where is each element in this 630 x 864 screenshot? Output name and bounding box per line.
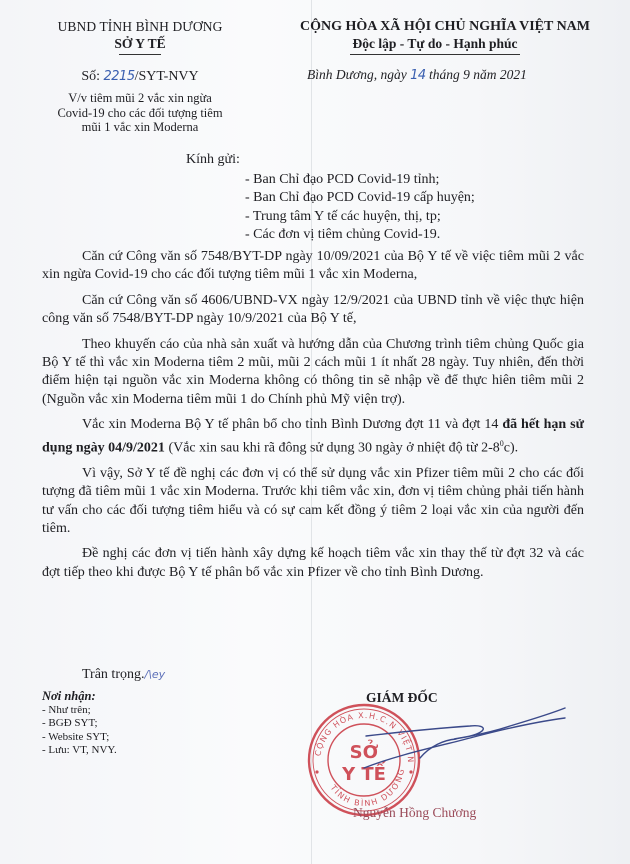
- date-day-handwritten: 14: [410, 68, 426, 83]
- recipients-label: Kính gửi:: [186, 152, 240, 168]
- recipient-item: - Trung tâm Y tế các huyện, thị, tp;: [245, 208, 475, 226]
- subject-line: mũi 1 vắc xin Moderna: [40, 120, 240, 135]
- body-paragraph-4: Vắc xin Moderna Bộ Y tế phân bổ cho tỉnh…: [42, 416, 584, 457]
- recipient-item: - Ban Chỉ đạo PCD Covid-19 tỉnh;: [245, 171, 475, 189]
- p4-text-start: Vắc xin Moderna Bộ Y tế phân bổ cho tỉnh…: [82, 417, 502, 432]
- body-paragraph-6: Đề nghị các đơn vị tiến hành xây dựng kế…: [42, 545, 584, 582]
- distribution-item: - Lưu: VT, NVY.: [42, 744, 117, 757]
- distribution-item: - Website SYT;: [42, 731, 117, 744]
- national-header-block: CỘNG HÒA XÃ HỘI CHỦ NGHĨA VIỆT NAM Độc l…: [240, 18, 630, 55]
- document-number: Số: 2215/SYT-NVY: [40, 68, 240, 86]
- subject-line: V/v tiêm mũi 2 vắc xin ngừa: [40, 91, 240, 106]
- body-paragraph-3: Theo khuyến cáo của nhà sản xuất và hướn…: [42, 336, 584, 410]
- initial-mark: /\ey: [145, 668, 166, 681]
- recipient-item: - Các đơn vị tiêm chủng Covid-19.: [245, 226, 475, 244]
- body-paragraph-5: Vì vậy, Sở Y tế đề nghị các đơn vị có th…: [42, 465, 584, 539]
- distribution-item: - Như trên;: [42, 704, 117, 717]
- body-paragraph-1: Căn cứ Công văn số 7548/BYT-DP ngày 10/0…: [42, 248, 584, 285]
- doc-number-handwritten: 2215: [104, 69, 135, 84]
- organization-name: SỞ Y TẾ: [114, 35, 165, 52]
- p4-text-mid: (Vắc xin sau khi rã đông sử dụng 30 ngày…: [165, 440, 500, 455]
- doc-number-suffix: /SYT-NVY: [135, 69, 199, 84]
- closing-text: Trân trọng.: [82, 667, 145, 682]
- national-title: CỘNG HÒA XÃ HỘI CHỦ NGHĨA VIỆT NAM: [240, 18, 630, 35]
- document-date: Bình Dương, ngày 14 tháng 9 năm 2021: [307, 67, 527, 83]
- body-paragraph-2: Căn cứ Công văn số 4606/UBND-VX ngày 12/…: [42, 292, 584, 329]
- date-prefix: Bình Dương, ngày: [307, 67, 410, 82]
- distribution-title: Nơi nhận:: [42, 689, 117, 704]
- distribution-list: Nơi nhận: - Như trên; - BGĐ SYT; - Websi…: [42, 689, 117, 758]
- parent-organization: UBND TỈNH BÌNH DƯƠNG: [40, 18, 240, 35]
- national-motto: Độc lập - Tự do - Hạnh phúc: [352, 35, 517, 52]
- distribution-item: - BGĐ SYT;: [42, 717, 117, 730]
- date-suffix: tháng 9 năm 2021: [426, 67, 527, 82]
- issuing-authority-block: UBND TỈNH BÌNH DƯƠNG SỞ Y TẾ Số: 2215/SY…: [40, 18, 240, 135]
- document-subject: V/v tiêm mũi 2 vắc xin ngừa Covid-19 cho…: [40, 91, 240, 135]
- closing-line: Trân trọng./\ey: [82, 667, 165, 683]
- recipient-item: - Ban Chỉ đạo PCD Covid-19 cấp huyện;: [245, 189, 475, 207]
- handwritten-signature-icon: [360, 706, 570, 786]
- subject-line: Covid-19 cho các đối tượng tiêm: [40, 106, 240, 121]
- recipients-list: - Ban Chỉ đạo PCD Covid-19 tỉnh; - Ban C…: [245, 171, 475, 244]
- signer-name: Nguyễn Hồng Chương: [353, 805, 476, 821]
- p4-text-end: c).: [504, 440, 518, 455]
- motto-underline: [350, 54, 520, 55]
- document-body: Căn cứ Công văn số 7548/BYT-DP ngày 10/0…: [42, 248, 584, 589]
- doc-number-prefix: Số:: [81, 69, 103, 84]
- organization-underline: [119, 54, 161, 55]
- document-page: UBND TỈNH BÌNH DƯƠNG SỞ Y TẾ Số: 2215/SY…: [0, 0, 630, 864]
